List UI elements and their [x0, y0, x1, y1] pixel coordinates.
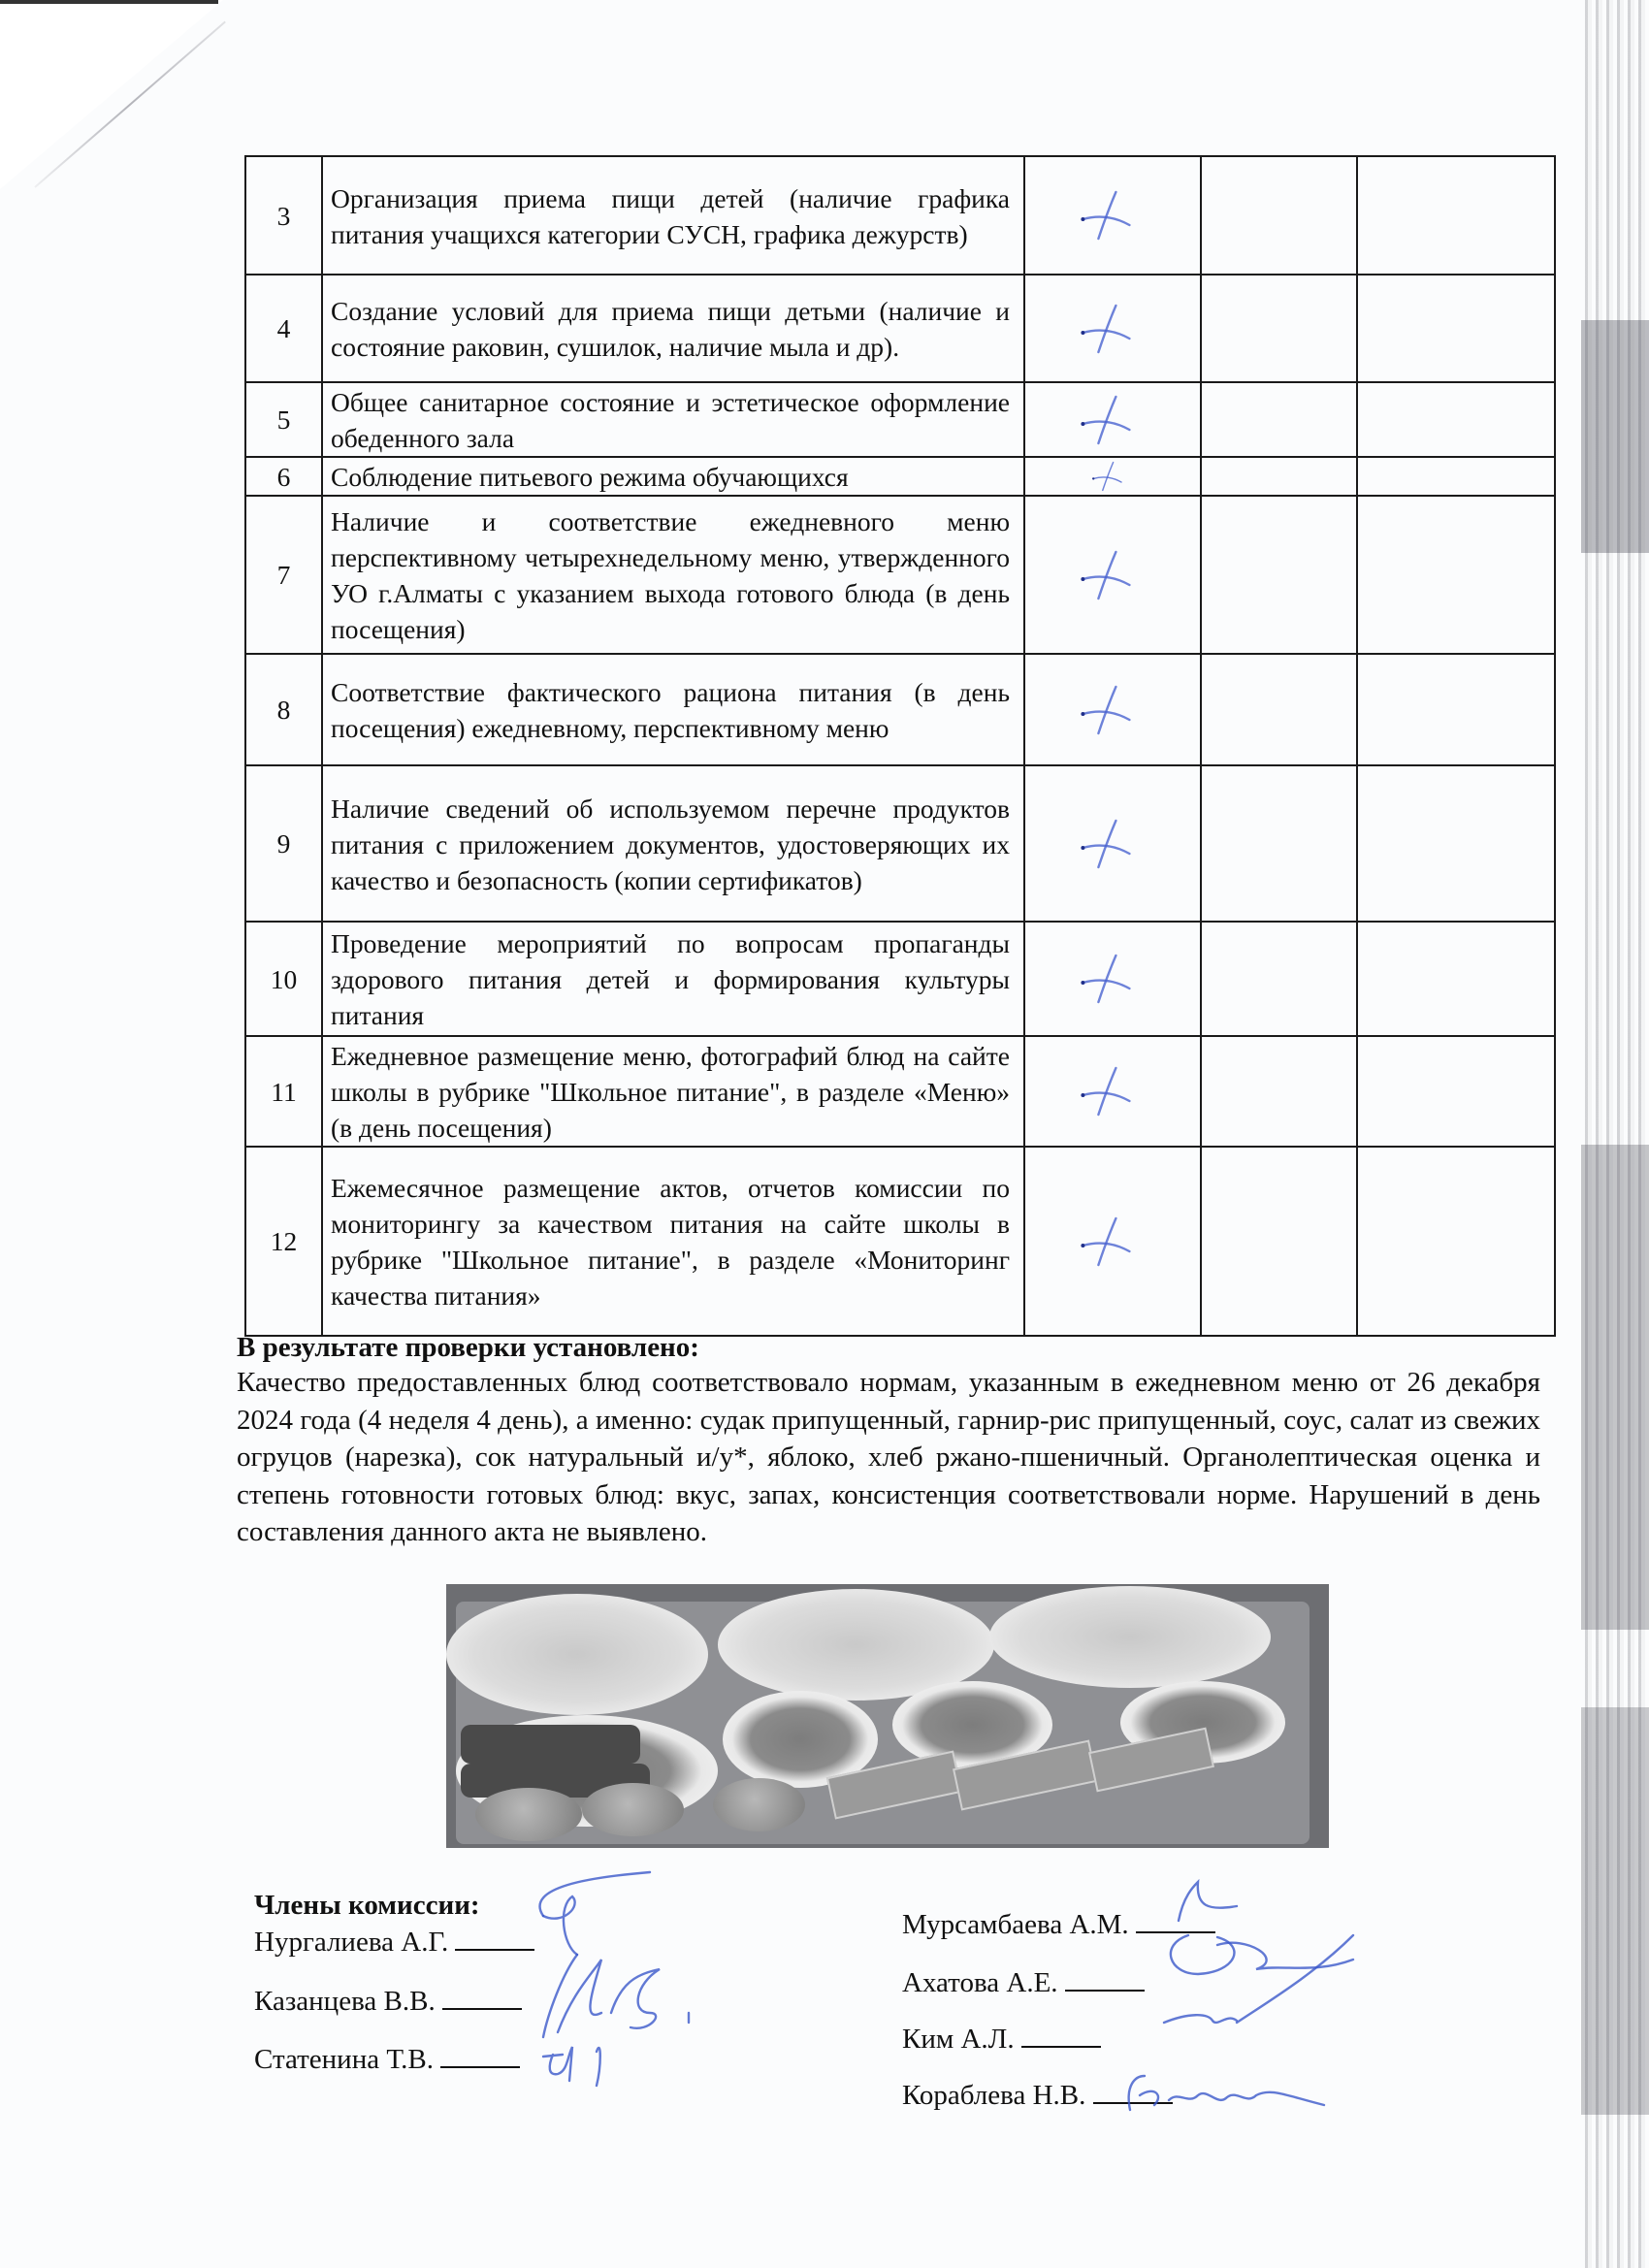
table-row: 11 Ежедневное размещение меню, фотографи… — [245, 1036, 1555, 1147]
signature-line — [1136, 1908, 1215, 1933]
empty-cell — [1201, 1147, 1357, 1336]
commission-member: Кораблева Н.В. — [902, 2079, 1173, 2112]
empty-cell — [1357, 382, 1555, 457]
empty-cell — [1357, 156, 1555, 275]
empty-cell — [1201, 654, 1357, 765]
compliance-mark-cell — [1024, 275, 1201, 382]
empty-cell — [1357, 654, 1555, 765]
commission-member: Ким А.Л. — [902, 2023, 1101, 2056]
handwritten-plus-mark-icon — [1079, 459, 1137, 494]
table-row: 10 Проведение мероприятий по вопросам пр… — [245, 922, 1555, 1036]
criterion-text: Наличие сведений об используемом перечне… — [322, 765, 1024, 922]
criterion-text: Соответствие фактического рациона питани… — [322, 654, 1024, 765]
row-number: 6 — [245, 457, 322, 496]
handwritten-plus-mark-icon — [1073, 1213, 1141, 1271]
signature-scribble-icon — [538, 2037, 577, 2086]
handwritten-plus-mark-icon — [1073, 546, 1141, 604]
empty-cell — [1201, 1036, 1357, 1147]
signature-line — [455, 1926, 534, 1951]
row-number: 10 — [245, 922, 322, 1036]
empty-cell — [1357, 1147, 1555, 1336]
criterion-text: Соблюдение питьевого режима обучающихся — [322, 457, 1024, 496]
empty-cell — [1201, 156, 1357, 275]
signature-line — [440, 2043, 520, 2068]
table-row: 6 Соблюдение питьевого режима обучающихс… — [245, 457, 1555, 496]
commission-member: Казанцева В.В. — [254, 1985, 522, 2018]
criterion-text: Ежемесячное размещение актов, отчетов ко… — [322, 1147, 1024, 1336]
table-row: 3 Организация приема пищи детей (наличие… — [245, 156, 1555, 275]
commission-title: Члены комиссии: — [254, 1890, 480, 1922]
table-row: 8 Соответствие фактического рациона пита… — [245, 654, 1555, 765]
row-number: 5 — [245, 382, 322, 457]
empty-cell — [1357, 496, 1555, 654]
criterion-text: Проведение мероприятий по вопросам пропа… — [322, 922, 1024, 1036]
member-name: Ким А.Л. — [902, 2024, 1015, 2055]
member-name: Казанцева В.В. — [254, 1986, 436, 2017]
signature-scribble-icon — [1159, 1867, 1373, 2090]
member-name: Мурсамбаева А.М. — [902, 1909, 1129, 1940]
empty-cell — [1201, 765, 1357, 922]
empty-cell — [1357, 1036, 1555, 1147]
inspection-conclusion: В результате проверки установлено: Качес… — [237, 1331, 1540, 1551]
commission-member: Нургалиева А.Г. — [254, 1926, 534, 1959]
compliance-mark-cell — [1024, 1147, 1201, 1336]
meal-photo — [446, 1584, 1329, 1848]
criterion-text: Наличие и соответствие ежедневного меню … — [322, 496, 1024, 654]
compliance-mark-cell — [1024, 156, 1201, 275]
handwritten-plus-mark-icon — [1073, 1062, 1141, 1120]
handwritten-plus-mark-icon — [1073, 681, 1141, 739]
criterion-text: Организация приема пищи детей (наличие г… — [322, 156, 1024, 275]
member-name: Кораблева Н.В. — [902, 2080, 1085, 2111]
table-row: 4 Создание условий для приема пищи детьм… — [245, 275, 1555, 382]
handwritten-plus-mark-icon — [1073, 815, 1141, 873]
handwritten-plus-mark-icon — [1073, 950, 1141, 1008]
compliance-mark-cell — [1024, 457, 1201, 496]
signature-scribble-icon — [504, 1867, 727, 2090]
commission-member: Статенина Т.В. — [254, 2043, 520, 2076]
row-number: 7 — [245, 496, 322, 654]
member-name: Нургалиева А.Г. — [254, 1927, 448, 1958]
compliance-mark-cell — [1024, 654, 1201, 765]
compliance-mark-cell — [1024, 1036, 1201, 1147]
empty-cell — [1201, 496, 1357, 654]
handwritten-plus-mark-icon — [1073, 300, 1141, 358]
inspection-checklist-table: 3 Организация приема пищи детей (наличие… — [244, 155, 1556, 1337]
compliance-mark-cell — [1024, 496, 1201, 654]
scan-edge — [0, 0, 218, 4]
signature-line — [442, 1985, 522, 2010]
signature-line — [1021, 2023, 1101, 2048]
compliance-mark-cell — [1024, 765, 1201, 922]
row-number: 12 — [245, 1147, 322, 1336]
empty-cell — [1201, 275, 1357, 382]
folded-page-corner — [0, 0, 223, 189]
member-name: Статенина Т.В. — [254, 2044, 434, 2075]
handwritten-plus-mark-icon — [1073, 391, 1141, 449]
empty-cell — [1201, 922, 1357, 1036]
row-number: 9 — [245, 765, 322, 922]
signature-line — [1065, 1966, 1145, 1992]
scan-streak — [1581, 0, 1649, 2268]
member-name: Ахатова А.Е. — [902, 1967, 1058, 1998]
empty-cell — [1357, 275, 1555, 382]
compliance-mark-cell — [1024, 922, 1201, 1036]
compliance-mark-cell — [1024, 382, 1201, 457]
row-number: 11 — [245, 1036, 322, 1147]
empty-cell — [1357, 922, 1555, 1036]
table-row: 7 Наличие и соответствие ежедневного мен… — [245, 496, 1555, 654]
criterion-text: Ежедневное размещение меню, фотографий б… — [322, 1036, 1024, 1147]
table-row: 9 Наличие сведений об используемом переч… — [245, 765, 1555, 922]
empty-cell — [1201, 382, 1357, 457]
criterion-text: Создание условий для приема пищи детьми … — [322, 275, 1024, 382]
commission-member: Мурсамбаева А.М. — [902, 1908, 1215, 1941]
table-row: 5 Общее санитарное состояние и эстетичес… — [245, 382, 1555, 457]
handwritten-plus-mark-icon — [1073, 186, 1141, 244]
conclusion-text: Качество предоставленных блюд соответств… — [237, 1364, 1540, 1551]
conclusion-heading: В результате проверки установлено: — [237, 1331, 1540, 1364]
table-row: 12 Ежемесячное размещение актов, отчетов… — [245, 1147, 1555, 1336]
empty-cell — [1357, 457, 1555, 496]
row-number: 8 — [245, 654, 322, 765]
empty-cell — [1357, 765, 1555, 922]
commission-member: Ахатова А.Е. — [902, 1966, 1145, 1999]
row-number: 3 — [245, 156, 322, 275]
row-number: 4 — [245, 275, 322, 382]
criterion-text: Общее санитарное состояние и эстетическо… — [322, 382, 1024, 457]
empty-cell — [1201, 457, 1357, 496]
signature-line — [1093, 2079, 1173, 2104]
